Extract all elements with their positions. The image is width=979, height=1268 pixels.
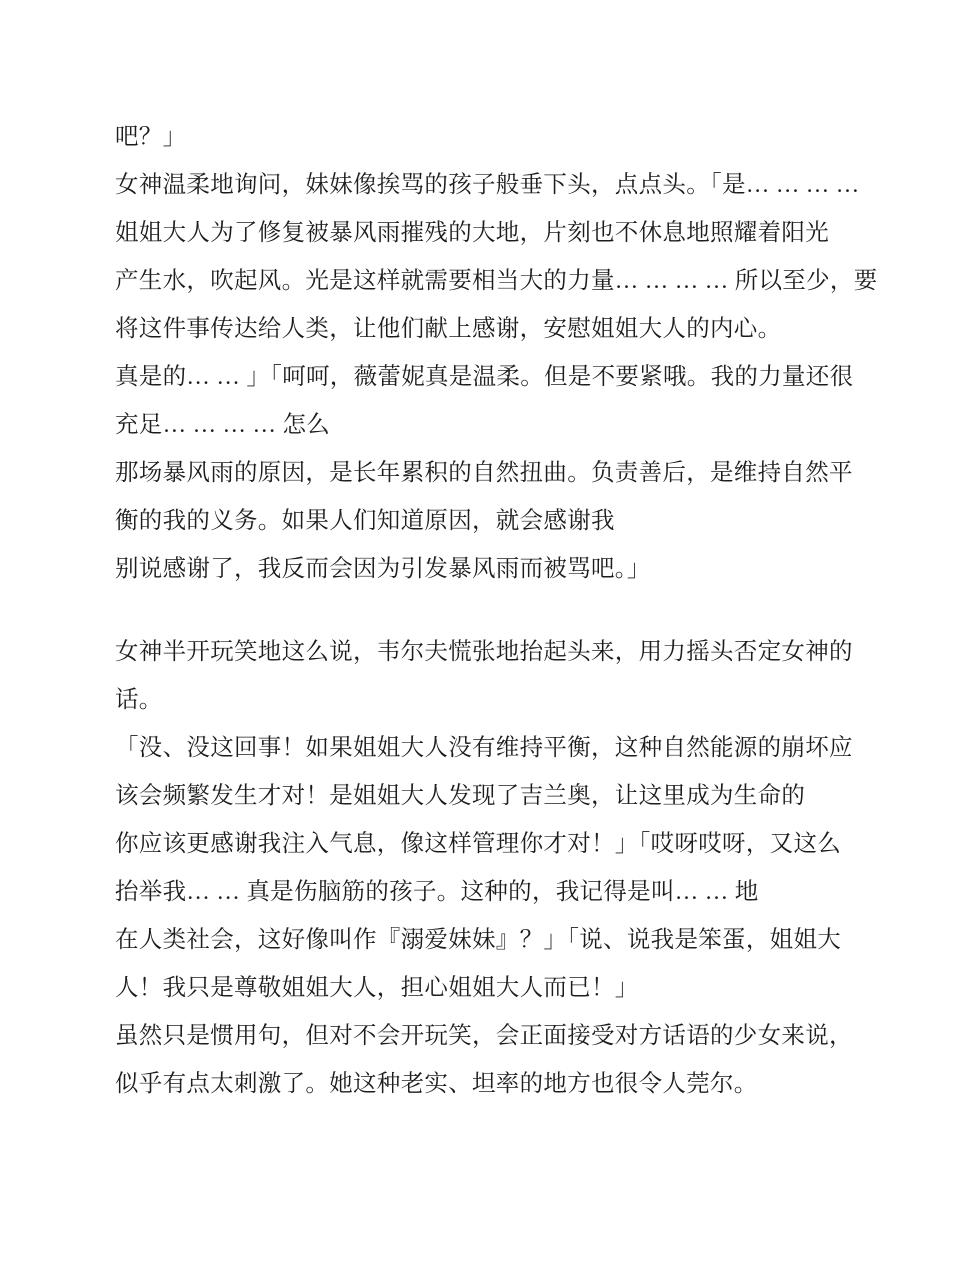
- text-line: 衡的我的义务。如果人们知道原因，就会感谢我: [115, 497, 887, 545]
- text-line: 「没、没这回事！如果姐姐大人没有维持平衡，这种自然能源的崩坏应: [115, 724, 887, 772]
- text-line: 真是的… … 」「呵呵，薇蕾妮真是温柔。但是不要紧哦。我的力量还很: [115, 353, 887, 401]
- text-line: 似乎有点太刺激了。她这种老实、坦率的地方也很令人莞尔。: [115, 1060, 887, 1108]
- text-line: 你应该更感谢我注入气息，像这样管理你才对！」「哎呀哎呀，又这么: [115, 820, 887, 868]
- text-line: 女神半开玩笑地这么说，韦尔夫慌张地抬起头来，用力摇头否定女神的: [115, 628, 887, 676]
- text-line: 在人类社会，这好像叫作『溺爱妹妹』？」「说、说我是笨蛋，姐姐大: [115, 916, 887, 964]
- text-line: 虽然只是惯用句，但对不会开玩笑，会正面接受对方话语的少女来说，: [115, 1012, 887, 1060]
- document-page: 吧？」 女神温柔地询问，妹妹像挨骂的孩子般垂下头，点点头。「是… … … … 姐…: [0, 0, 979, 1268]
- text-line: 话。: [115, 676, 887, 724]
- paragraph-2: 女神半开玩笑地这么说，韦尔夫慌张地抬起头来，用力摇头否定女神的 话。 「没、没这…: [115, 628, 887, 1108]
- text-line: 抬举我… … 真是伤脑筋的孩子。这种的，我记得是叫… … 地: [115, 868, 887, 916]
- text-line: 该会频繁发生才对！是姐姐大人发现了吉兰奥，让这里成为生命的: [115, 772, 887, 820]
- text-line: 姐姐大人为了修复被暴风雨摧残的大地，片刻也不休息地照耀着阳光: [115, 209, 887, 257]
- text-line: 那场暴风雨的原因，是长年累积的自然扭曲。负责善后，是维持自然平: [115, 449, 887, 497]
- text-line: 人！我只是尊敬姐姐大人，担心姐姐大人而已！」: [115, 964, 887, 1012]
- text-line: 别说感谢了，我反而会因为引发暴风雨而被骂吧。」: [115, 545, 887, 593]
- text-line: 将这件事传达给人类，让他们献上感谢，安慰姐姐大人的内心。: [115, 305, 887, 353]
- text-line: 女神温柔地询问，妹妹像挨骂的孩子般垂下头，点点头。「是… … … …: [115, 161, 887, 209]
- text-line: 充足… … … … 怎么: [115, 401, 887, 449]
- text-line: 吧？」: [115, 113, 887, 161]
- novel-text-block: 吧？」 女神温柔地询问，妹妹像挨骂的孩子般垂下头，点点头。「是… … … … 姐…: [115, 113, 887, 1108]
- text-line: 产生水，吹起风。光是这样就需要相当大的力量… … … … 所以至少，要: [115, 257, 887, 305]
- paragraph-1: 吧？」 女神温柔地询问，妹妹像挨骂的孩子般垂下头，点点头。「是… … … … 姐…: [115, 113, 887, 593]
